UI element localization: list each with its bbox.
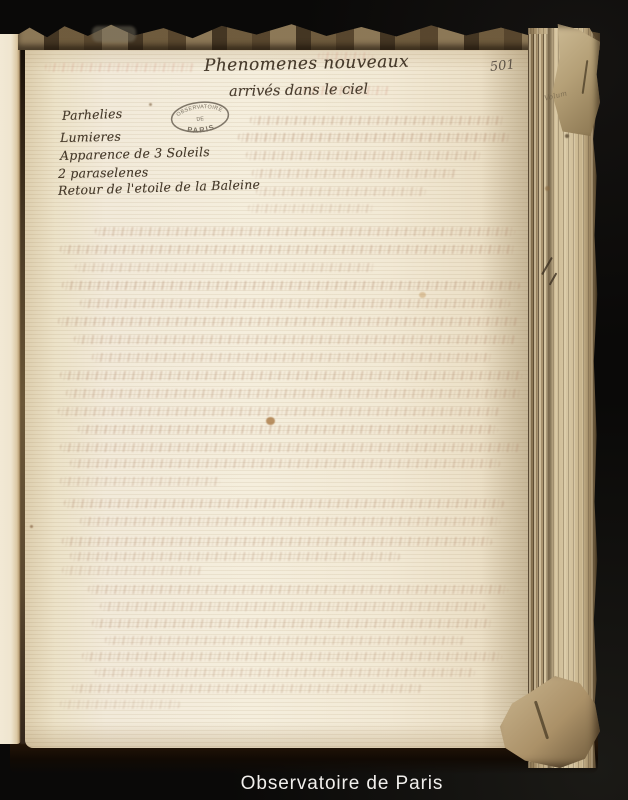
handwritten-item-paraselenes: 2 paraselenes	[58, 164, 149, 181]
edge-speck	[565, 134, 569, 138]
paper-speck	[30, 525, 33, 528]
handwritten-title-line1: Phenomenes nouveaux	[204, 52, 409, 76]
observatoire-stamp: OBSERVATOIRE DE PARIS	[167, 97, 232, 137]
ink-stain	[266, 417, 275, 425]
fore-edge-page-stack	[528, 28, 598, 768]
page-stack-lines	[528, 34, 548, 762]
caption-text: Observatoire de Paris	[241, 773, 444, 795]
facing-page-sliver	[0, 34, 21, 744]
top-edge-gray-patch	[92, 26, 136, 42]
archive-photo[interactable]: Phenomenes nouveaux arrivés dans le ciel…	[0, 0, 628, 800]
fore-edge-crevice	[546, 28, 554, 768]
paper-speck	[149, 103, 152, 106]
page-number: 501	[489, 57, 515, 75]
handwritten-item-parhelies: Parhelies	[62, 106, 123, 123]
edge-stain	[545, 186, 550, 191]
caption-bar: Observatoire de Paris	[0, 767, 628, 800]
handwritten-title-line2: arrivés dans le ciel	[229, 82, 368, 100]
worn-corner-top	[552, 24, 600, 136]
handwritten-item-lumieres: Lumieres	[60, 129, 121, 145]
paper-stain	[419, 292, 426, 298]
stamp-text-middle: DE	[196, 116, 204, 123]
